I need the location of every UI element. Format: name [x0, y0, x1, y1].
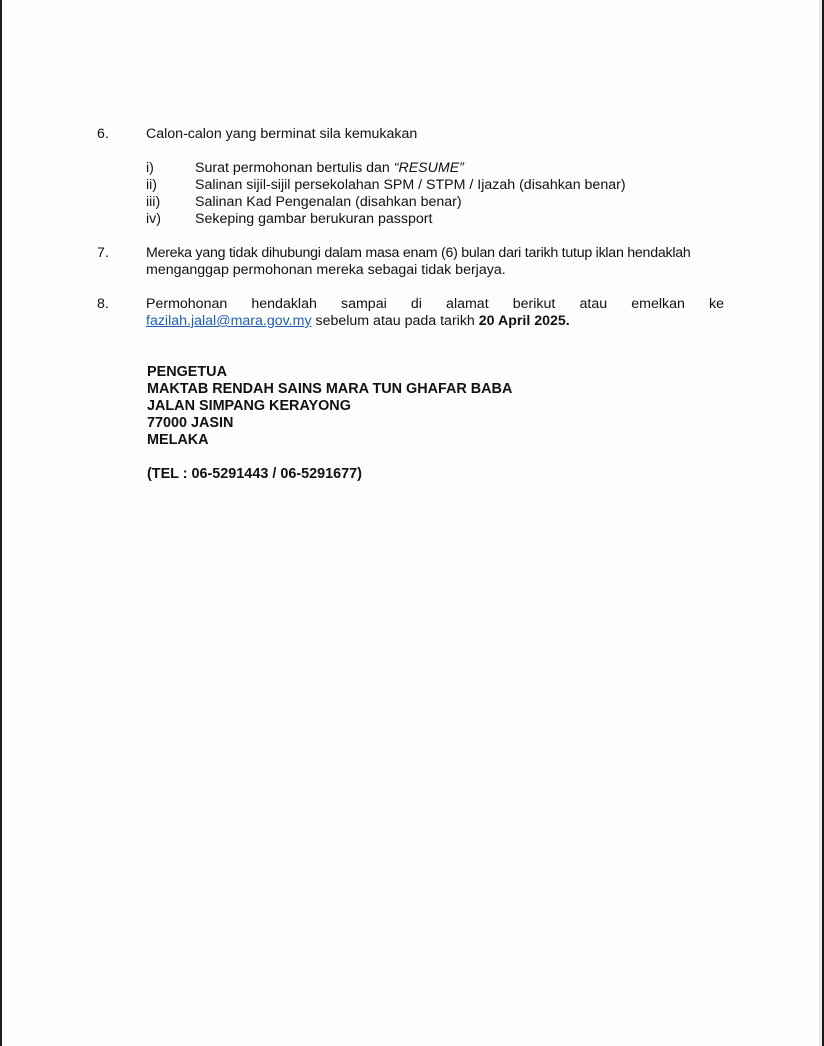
address-state: MELAKA: [147, 432, 209, 449]
subitem-marker: ii): [146, 177, 157, 194]
address-institution: MAKTAB RENDAH SAINS MARA TUN GHAFAR BABA: [147, 381, 512, 398]
item-8-text: sebelum atau pada tarikh: [312, 313, 479, 329]
document-body: 6. Calon-calon yang berminat sila kemuka…: [2, 0, 819, 1046]
subitem-marker: iv): [146, 211, 161, 228]
item-8-line-1: Permohonan hendaklah sampai di alamat be…: [146, 296, 724, 313]
subitem-text-plain: Surat permohonan bertulis dan: [195, 160, 394, 176]
address-telephone: (TEL : 06-5291443 / 06-5291677): [147, 466, 362, 483]
item-6-text: Calon-calon yang berminat sila kemukakan: [146, 126, 724, 143]
address-postcode: 77000 JASIN: [147, 415, 233, 432]
resume-emphasis: “RESUME”: [394, 160, 464, 176]
subitem-marker: i): [146, 160, 154, 177]
page-edge: [819, 0, 822, 1046]
deadline-date: 20 April 2025.: [479, 313, 570, 329]
subitem-text: Salinan Kad Pengenalan (disahkan benar): [195, 194, 462, 211]
subitem-text: Surat permohonan bertulis dan “RESUME”: [195, 160, 464, 177]
email-link[interactable]: fazilah.jalal@mara.gov.my: [146, 313, 312, 329]
item-8-line-2: fazilah.jalal@mara.gov.my sebelum atau p…: [146, 313, 724, 330]
subitem-text: Salinan sijil-sijil persekolahan SPM / S…: [195, 177, 626, 194]
subitem-marker: iii): [146, 194, 160, 211]
item-7-line-1: Mereka yang tidak dihubungi dalam masa e…: [146, 245, 724, 262]
subitem-text: Sekeping gambar berukuran passport: [195, 211, 432, 228]
item-6-number: 6.: [97, 126, 109, 142]
item-7-number: 7.: [97, 245, 109, 261]
item-8-number: 8.: [97, 296, 109, 312]
address-title: PENGETUA: [147, 364, 227, 381]
item-7-line-2: menganggap permohonan mereka sebagai tid…: [146, 262, 724, 279]
document-page: 6. Calon-calon yang berminat sila kemuka…: [2, 0, 819, 1046]
address-street: JALAN SIMPANG KERAYONG: [147, 398, 351, 415]
